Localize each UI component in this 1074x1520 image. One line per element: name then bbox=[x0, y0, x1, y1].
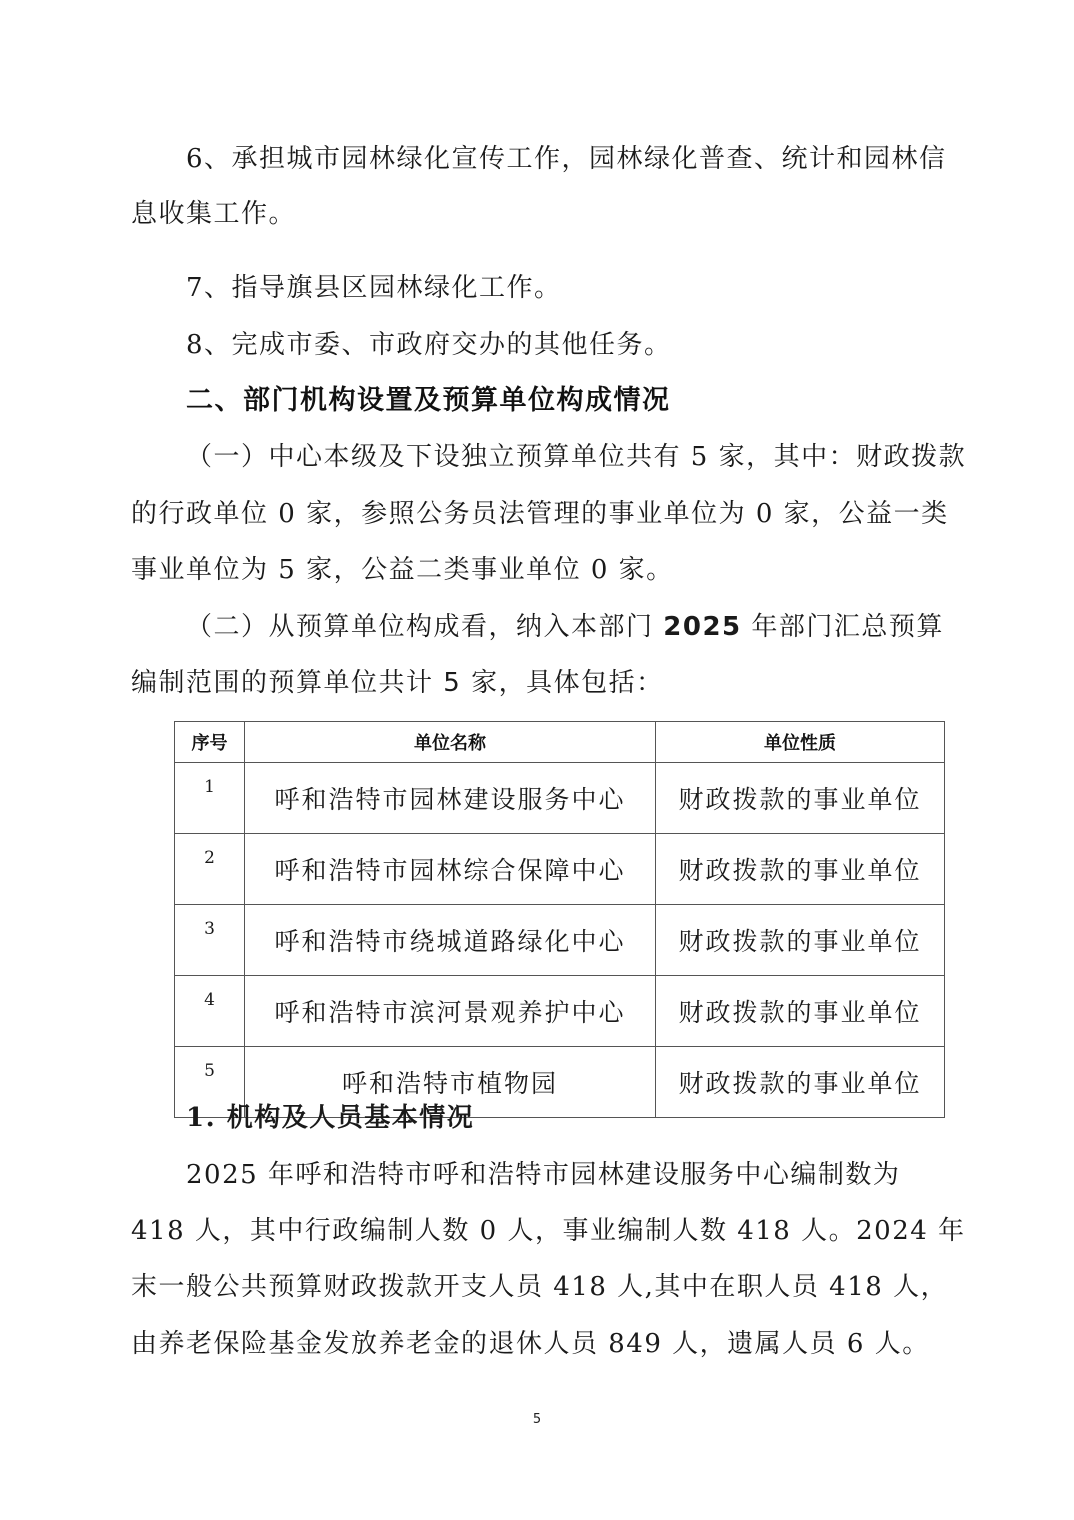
subsection-1-line-3: 末一般公共预算财政拨款开支人员 418 人,其中在职人员 418 人， bbox=[131, 1272, 948, 1302]
row-unit-type: 财政拨款的事业单位 bbox=[656, 976, 945, 1047]
para-2-text-b: 年部门汇总预算 bbox=[742, 612, 944, 642]
subsection-1-line-4: 由养老保险基金发放养老金的退休人员 849 人，遗属人员 6 人。 bbox=[131, 1329, 930, 1359]
row-unit-type: 财政拨款的事业单位 bbox=[656, 1047, 945, 1118]
header-unit-type: 单位性质 bbox=[656, 722, 945, 763]
item-7: 7、指导旗县区园林绿化工作。 bbox=[186, 273, 562, 303]
subsection-1-line-2: 418 人，其中行政编制人数 0 人，事业编制人数 418 人。2024 年 bbox=[131, 1216, 966, 1246]
section-2-heading: 二、部门机构设置及预算单位构成情况 bbox=[186, 386, 671, 416]
section-2-para-1-line-2: 的行政单位 0 家，参照公务员法管理的事业单位为 0 家，公益一类 bbox=[131, 499, 949, 529]
item-8: 8、完成市委、市政府交办的其他任务。 bbox=[186, 330, 672, 360]
row-unit-name: 呼和浩特市绕城道路绿化中心 bbox=[245, 905, 656, 976]
table-row: 2 呼和浩特市园林综合保障中心 财政拨款的事业单位 bbox=[175, 834, 945, 905]
row-unit-name: 呼和浩特市滨河景观养护中心 bbox=[245, 976, 656, 1047]
section-2-para-2-line-1: （二）从预算单位构成看，纳入本部门 2025 年部门汇总预算 bbox=[186, 612, 944, 642]
budget-units-table: 序号 单位名称 单位性质 1 呼和浩特市园林建设服务中心 财政拨款的事业单位 2… bbox=[174, 721, 945, 1118]
subsection-1-heading: 1. 机构及人员基本情况 bbox=[186, 1103, 474, 1133]
table-header-row: 序号 单位名称 单位性质 bbox=[175, 722, 945, 763]
page-number: 5 bbox=[0, 1412, 1074, 1427]
table-row: 4 呼和浩特市滨河景观养护中心 财政拨款的事业单位 bbox=[175, 976, 945, 1047]
row-unit-name: 呼和浩特市园林建设服务中心 bbox=[245, 763, 656, 834]
row-unit-type: 财政拨款的事业单位 bbox=[656, 763, 945, 834]
row-unit-name: 呼和浩特市园林综合保障中心 bbox=[245, 834, 656, 905]
para-2-text-a: （二）从预算单位构成看，纳入本部门 bbox=[186, 612, 663, 642]
row-unit-type: 财政拨款的事业单位 bbox=[656, 905, 945, 976]
item-6-line-2: 息收集工作。 bbox=[131, 199, 296, 229]
row-index: 1 bbox=[175, 763, 245, 834]
table-row: 3 呼和浩特市绕城道路绿化中心 财政拨款的事业单位 bbox=[175, 905, 945, 976]
section-2-para-2-line-2: 编制范围的预算单位共计 5 家，具体包括： bbox=[131, 668, 664, 698]
row-index: 2 bbox=[175, 834, 245, 905]
section-2-para-1-line-1: （一）中心本级及下设独立预算单位共有 5 家，其中：财政拨款 bbox=[186, 442, 966, 472]
table-row: 1 呼和浩特市园林建设服务中心 财政拨款的事业单位 bbox=[175, 763, 945, 834]
header-unit-name: 单位名称 bbox=[245, 722, 656, 763]
header-index: 序号 bbox=[175, 722, 245, 763]
item-6-line-1: 6、承担城市园林绿化宣传工作，园林绿化普查、统计和园林信 bbox=[186, 144, 947, 174]
subsection-1-line-1: 2025 年呼和浩特市呼和浩特市园林建设服务中心编制数为 bbox=[186, 1160, 900, 1190]
para-2-line-2-text-b: 家，具体包括： bbox=[461, 668, 663, 698]
para-2-line-2-text-a: 编制范围的预算单位共计 bbox=[131, 668, 443, 698]
para-2-year: 2025 bbox=[663, 612, 741, 642]
row-index: 3 bbox=[175, 905, 245, 976]
row-unit-type: 财政拨款的事业单位 bbox=[656, 834, 945, 905]
section-2-para-1-line-3: 事业单位为 5 家，公益二类事业单位 0 家。 bbox=[131, 555, 674, 585]
para-2-count: 5 bbox=[443, 668, 461, 698]
row-index: 4 bbox=[175, 976, 245, 1047]
